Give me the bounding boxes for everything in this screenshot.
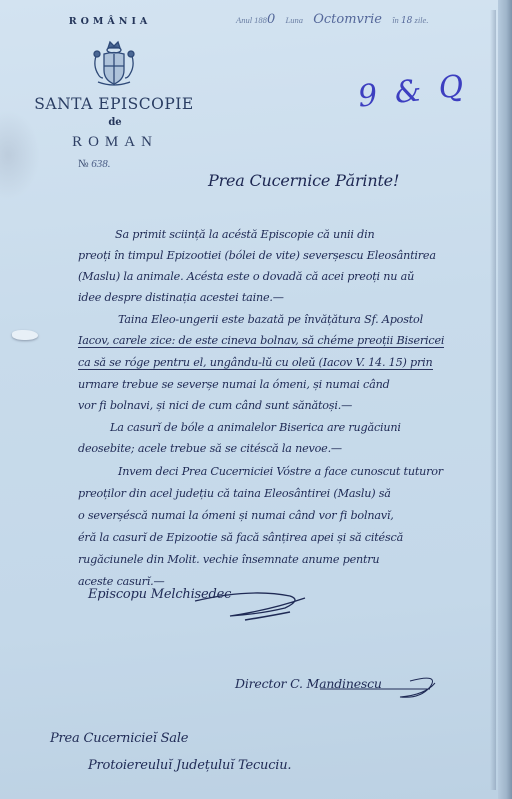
page-edge	[498, 0, 512, 799]
registration-number: № 638.	[78, 158, 111, 170]
signature-flourish-icon	[300, 665, 440, 705]
number-value: 638.	[91, 158, 110, 170]
letter-line: preoți în timpul Epizootiei (bólei de vi…	[78, 249, 436, 262]
letter-line: rugăciunele din Molit. vechie însemnate …	[78, 553, 379, 566]
number-prefix: №	[78, 158, 89, 170]
paper-tear	[12, 330, 38, 340]
letter-line: Sa primit sciință la acéstă Episcopie că…	[115, 228, 374, 241]
letterhead-city: ROMAN	[55, 134, 175, 151]
addressee-line-2: Protoiereuluĭ Județuluĭ Tecuciu.	[88, 758, 291, 773]
letter-line: éră la casurĭ de Epizootie să facă sânți…	[78, 531, 403, 544]
salutation: Prea Cucernice Părinte!	[208, 171, 399, 190]
year-label: Anul 188	[236, 15, 267, 25]
page-fold-shadow	[490, 10, 496, 790]
letter-line: Invem deci Prea Cucerniciei Vóstre a fac…	[118, 465, 443, 478]
letterhead-preposition: de	[90, 117, 140, 128]
letter-line-quoted: ca să se róge pentru el, ungându-lŭ cu o…	[78, 356, 433, 370]
day-prefix: în	[392, 15, 399, 25]
signature-flourish-icon	[190, 586, 310, 626]
coat-of-arms-icon	[90, 38, 138, 90]
year-digit: 0	[267, 12, 275, 27]
day-suffix: zile.	[415, 15, 429, 25]
letter-line-quoted: Iacov, carele zice: de este cineva bolna…	[78, 334, 444, 348]
letter-line: vor fi bolnavi, și nici de cum când sunt…	[78, 399, 352, 412]
letter-line: urmare trebue se severșe numai la ómeni,…	[78, 378, 390, 391]
letter-line: deosebite; acele trebue să se citéscă la…	[78, 442, 342, 455]
dateline: Anul 1880 Luna Octomvrie în 18 zile.	[236, 12, 428, 27]
letter-line: La casurĭ de bóle a animalelor Biserica …	[110, 421, 401, 434]
letter-line: Taina Eleo-ungerii este bazată pe învăță…	[118, 313, 423, 326]
day-value: 18	[401, 16, 412, 26]
letter-line: idee despre distinația acestei taine.—	[78, 291, 284, 304]
month-label: Luna	[285, 15, 302, 25]
addressee-line-1: Prea Cucernicieĭ Sale	[50, 731, 188, 746]
letterhead-institution: SANTA EPISCOPIE	[14, 95, 214, 113]
letter-line: (Maslu) la animale. Acésta este o dovadă…	[78, 270, 414, 283]
letterhead-country: ROMÂNIA	[55, 16, 165, 27]
month-value: Octomvrie	[313, 12, 382, 27]
letter-line: preoților din acel județiu că taina Eleo…	[78, 487, 391, 500]
letter-line: o severșéscă numai la ómeni și numai cân…	[78, 509, 394, 522]
paper-stain	[0, 110, 40, 200]
